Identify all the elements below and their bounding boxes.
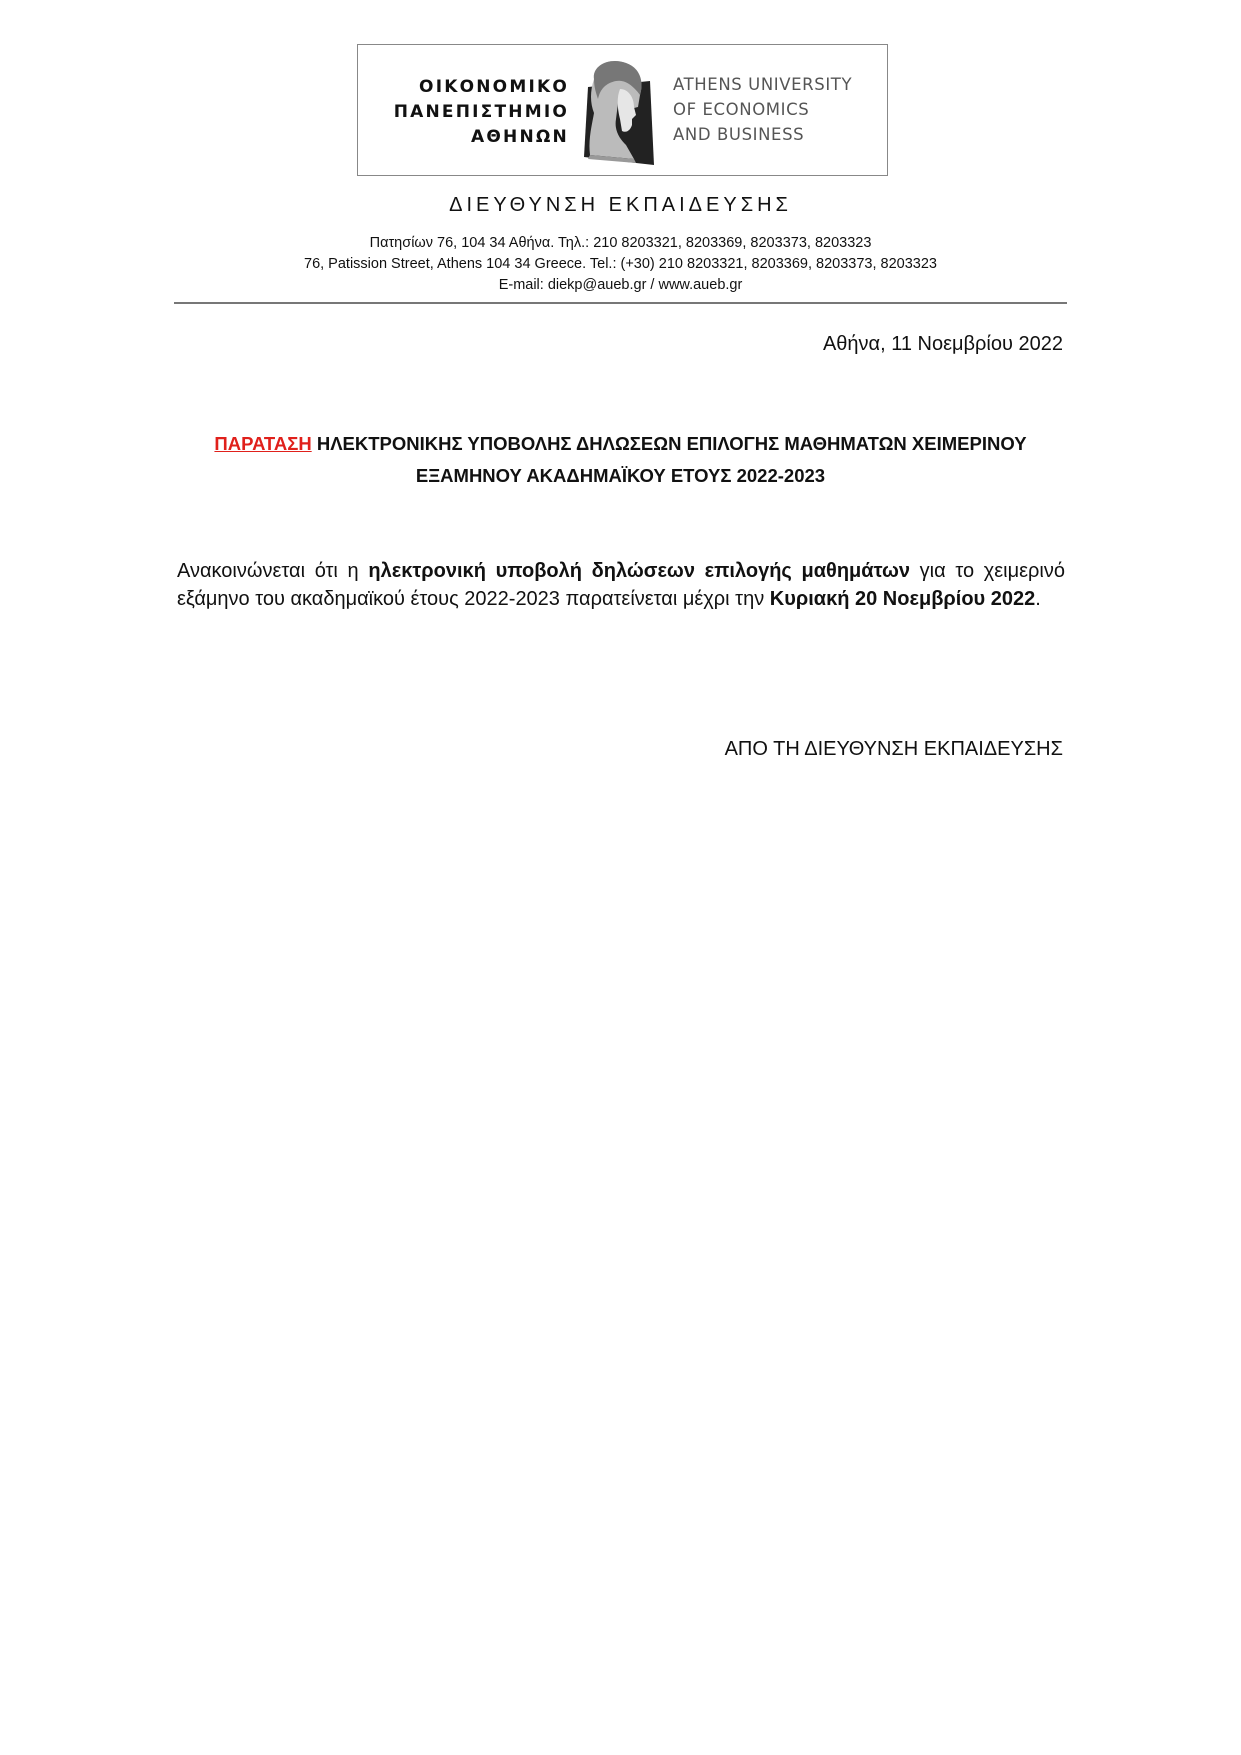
- hermes-bust-icon: [580, 59, 656, 165]
- headline-text: ΗΛΕΚΤΡΟΝΙΚΗΣ ΥΠΟΒΟΛΗΣ ΔΗΛΩΣΕΩΝ ΕΠΙΛΟΓΗΣ …: [312, 433, 1027, 486]
- contact-address-greek: Πατησίων 76, 104 34 Αθήνα. Τηλ.: 210 820…: [0, 233, 1241, 254]
- announcement-body: Ανακοινώνεται ότι η ηλεκτρονική υποβολή …: [177, 557, 1065, 613]
- document-date: Αθήνα, 11 Νοεμβρίου 2022: [823, 333, 1063, 356]
- contact-address-english: 76, Patission Street, Athens 104 34 Gree…: [0, 254, 1241, 275]
- header-divider: [174, 302, 1067, 304]
- announcement-headline: ΠΑΡΑΤΑΣΗ ΗΛΕΚΤΡΟΝΙΚΗΣ ΥΠΟΒΟΛΗΣ ΔΗΛΩΣΕΩΝ …: [174, 428, 1067, 492]
- logo-greek-name: ΟΙΚΟΝΟΜΙΚΟ ΠΑΝΕΠΙΣΤΗΜΙΟ ΑΘΗΝΩΝ: [394, 75, 569, 150]
- headline-highlight: ΠΑΡΑΤΑΣΗ: [214, 433, 311, 454]
- logo-english-name: ATHENS UNIVERSITY OF ECONOMICS AND BUSIN…: [673, 72, 852, 147]
- department-title: ΔΙΕΥΘΥΝΣΗ ΕΚΠΑΙΔΕΥΣΗΣ: [0, 194, 1241, 217]
- university-logo: ΟΙΚΟΝΟΜΙΚΟ ΠΑΝΕΠΙΣΤΗΜΙΟ ΑΘΗΝΩΝ ATHENS UN…: [357, 44, 888, 176]
- contact-info: Πατησίων 76, 104 34 Αθήνα. Τηλ.: 210 820…: [0, 233, 1241, 296]
- signature: ΑΠΟ ΤΗ ΔΙΕΥΘΥΝΣΗ ΕΚΠΑΙΔΕΥΣΗΣ: [725, 738, 1063, 761]
- body-emphasis-submission: ηλεκτρονική υποβολή δηλώσεων επιλογής μα…: [368, 560, 910, 582]
- contact-email-web: E-mail: diekp@aueb.gr / www.aueb.gr: [0, 275, 1241, 296]
- body-emphasis-deadline: Κυριακή 20 Νοεμβρίου 2022: [770, 588, 1035, 610]
